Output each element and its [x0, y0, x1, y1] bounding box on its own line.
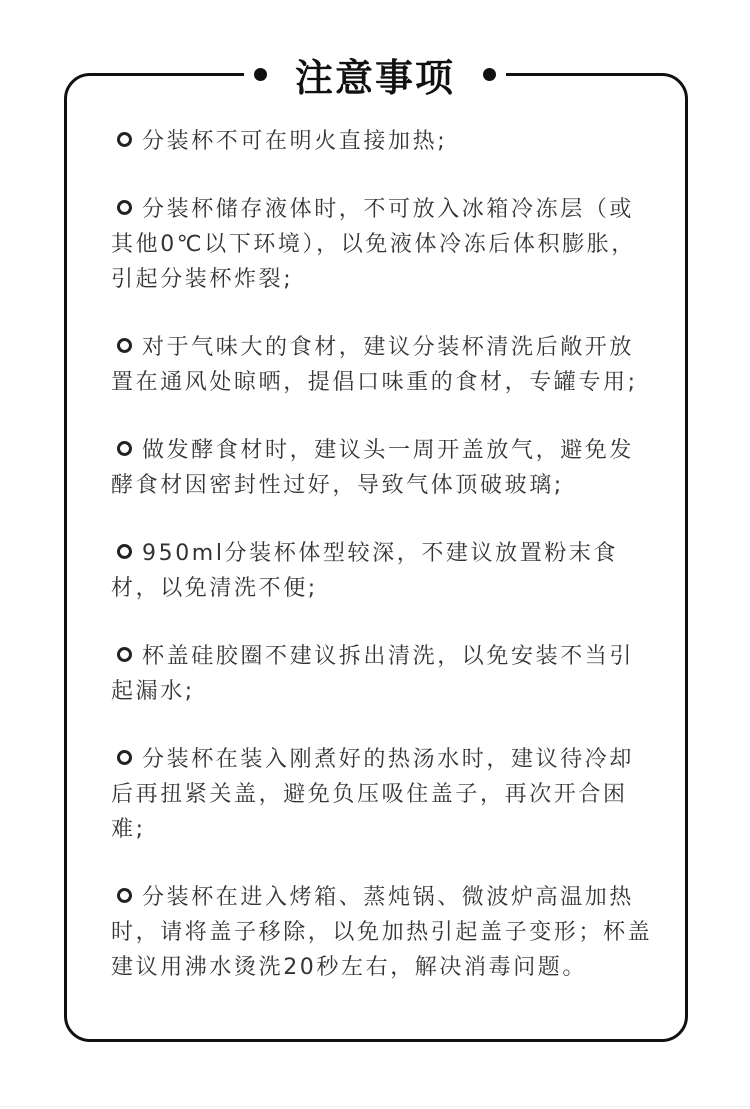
item-text: 杯盖硅胶圈不建议拆出清洗，以免安装不当引起漏水;: [111, 644, 634, 704]
circle-bullet-icon: [117, 132, 132, 147]
circle-bullet-icon: [117, 544, 132, 559]
notice-list: 分装杯不可在明火直接加热; 分装杯储存液体时，不可放入冰箱冷冻层（或其他0℃以下…: [111, 124, 656, 1018]
list-item: 分装杯在装入刚煮好的热汤水时，建议待冷却后再扭紧关盖，避免负压吸住盖子，再次开合…: [111, 742, 656, 847]
list-item: 950ml分装杯体型较深，不建议放置粉末食材，以免清洗不便;: [111, 536, 656, 606]
list-item: 对于气味大的食材，建议分装杯清洗后敞开放置在通风处晾晒，提倡口味重的食材，专罐专…: [111, 330, 656, 400]
list-item: 分装杯储存液体时，不可放入冰箱冷冻层（或其他0℃以下环境），以免液体冷冻后体积膨…: [111, 192, 656, 297]
title-mask: 注意事项: [244, 47, 506, 102]
circle-bullet-icon: [117, 200, 132, 215]
page-title: 注意事项: [295, 47, 455, 102]
circle-bullet-icon: [117, 750, 132, 765]
right-dot-icon: [483, 68, 496, 81]
item-text: 分装杯在装入刚煮好的热汤水时，建议待冷却后再扭紧关盖，避免负压吸住盖子，再次开合…: [111, 747, 634, 842]
list-item: 杯盖硅胶圈不建议拆出清洗，以免安装不当引起漏水;: [111, 639, 656, 709]
list-item: 做发酵食材时，建议头一周开盖放气，避免发酵食材因密封性过好，导致气体顶破玻璃;: [111, 433, 656, 503]
item-text: 做发酵食材时，建议头一周开盖放气，避免发酵食材因密封性过好，导致气体顶破玻璃;: [111, 438, 634, 498]
circle-bullet-icon: [117, 647, 132, 662]
circle-bullet-icon: [117, 338, 132, 353]
title-bar: 注意事项: [0, 44, 750, 104]
list-item: 分装杯不可在明火直接加热;: [111, 124, 656, 159]
left-dot-icon: [254, 68, 267, 81]
item-text: 950ml分装杯体型较深，不建议放置粉末食材，以免清洗不便;: [111, 541, 618, 601]
item-text: 分装杯在进入烤箱、蒸炖锅、微波炉高温加热时，请将盖子移除，以免加热引起盖子变形；…: [111, 885, 652, 980]
circle-bullet-icon: [117, 888, 132, 903]
item-text: 分装杯储存液体时，不可放入冰箱冷冻层（或其他0℃以下环境），以免液体冷冻后体积膨…: [111, 197, 636, 292]
circle-bullet-icon: [117, 441, 132, 456]
item-text: 分装杯不可在明火直接加热;: [142, 129, 447, 154]
bottom-divider: [0, 1106, 750, 1107]
list-item: 分装杯在进入烤箱、蒸炖锅、微波炉高温加热时，请将盖子移除，以免加热引起盖子变形；…: [111, 880, 656, 985]
item-text: 对于气味大的食材，建议分装杯清洗后敞开放置在通风处晾晒，提倡口味重的食材，专罐专…: [111, 335, 638, 395]
